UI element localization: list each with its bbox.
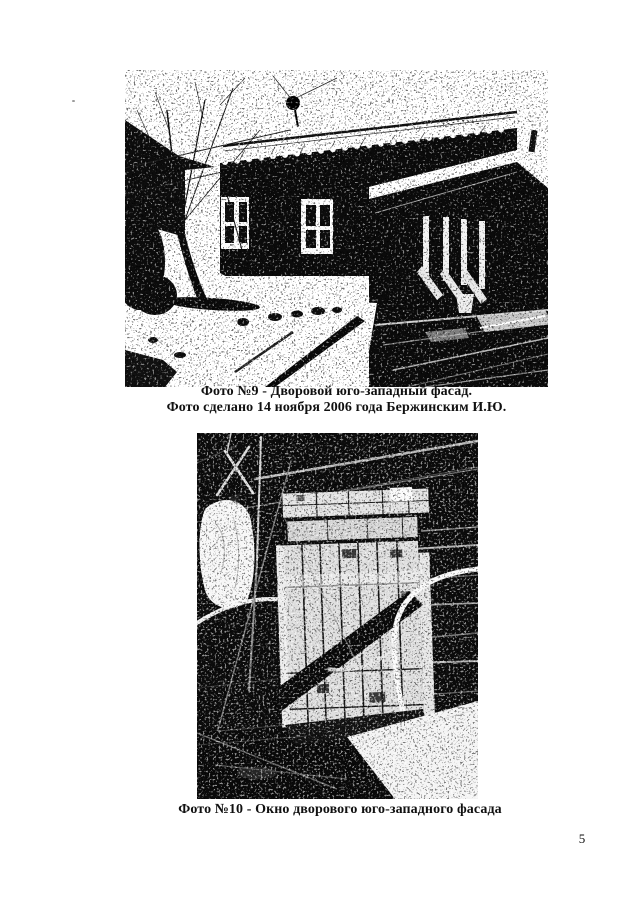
window-right xyxy=(301,199,333,254)
porch-and-yard-dark-mass xyxy=(369,162,548,387)
photo-9 xyxy=(125,70,548,387)
page-number: 5 xyxy=(572,831,592,847)
photo-10-caption-line-1: Фото №10 - Окно дворового юго-западного … xyxy=(158,802,522,818)
hanging-sack xyxy=(199,493,254,608)
window-left xyxy=(221,195,249,250)
document-page: Фото №9 - Дворовой юго-западный фасад. Ф… xyxy=(0,0,640,905)
photo-9-caption-line-1: Фото №9 - Дворовой юго-западный фасад. xyxy=(125,384,548,400)
photo-10-caption: Фото №10 - Окно дворового юго-западного … xyxy=(158,802,522,818)
photo-9-image xyxy=(125,70,548,387)
photo-9-caption: Фото №9 - Дворовой юго-западный фасад. Ф… xyxy=(125,384,548,416)
scan-speck xyxy=(72,100,75,102)
photo-10 xyxy=(197,433,478,799)
photo-9-caption-line-2: Фото сделано 14 ноября 2006 года Бержинс… xyxy=(125,400,548,416)
bucket xyxy=(456,294,474,313)
photo-10-image xyxy=(197,433,478,799)
